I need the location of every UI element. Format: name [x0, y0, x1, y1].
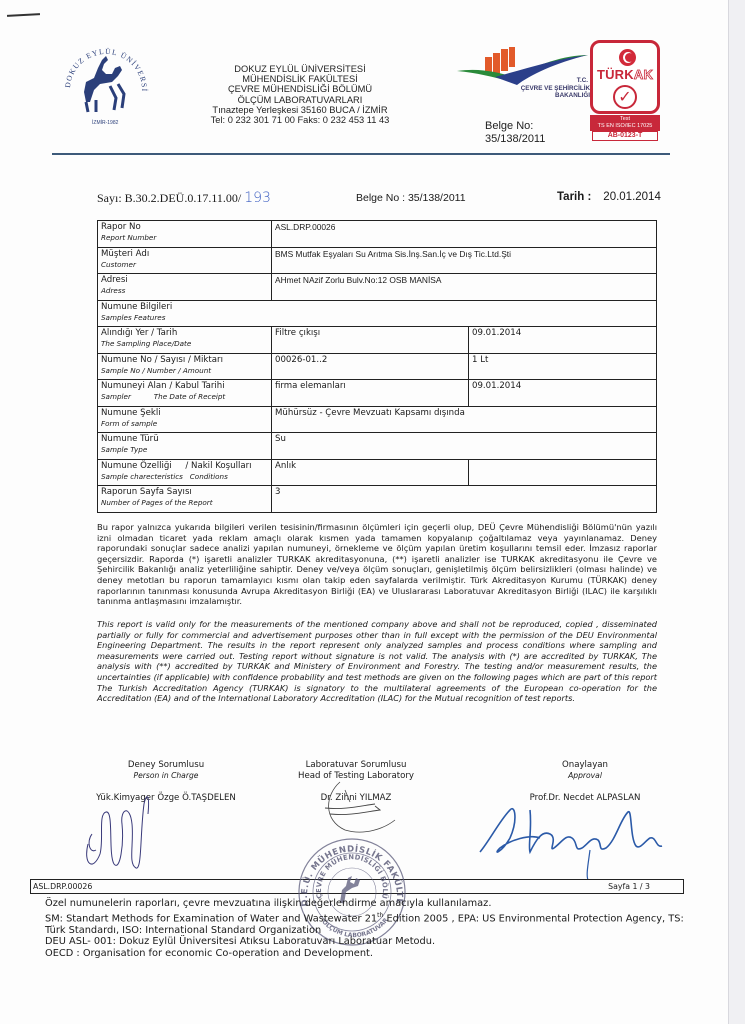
certificate-number: Belge No : 35/138/2011 [356, 192, 466, 204]
university-name: DOKUZ EYLÜL ÜNİVERSİTESİ [200, 64, 400, 74]
document-page: DOKUZ EYLÜL ÜNİVERSİTESİ İZMİR-1982 DOKU… [0, 0, 728, 1024]
deu-horseman-logo-icon: DOKUZ EYLÜL ÜNİVERSİTESİ İZMİR-1982 [56, 40, 156, 130]
header-certificate-number: Belge No: 35/138/2011 [485, 120, 545, 145]
table-row-sample-characteristics: Numune Özelliği / Nakil KoşullarıSample … [98, 459, 657, 486]
note-oecd: OECD : Organisation for economic Co-oper… [45, 948, 715, 960]
document-reference-number: Sayı: B.30.2.DEÜ.0.17.11.00/193 [97, 190, 271, 206]
abbreviations-notes: Özel numunelerin raporları, çevre mevzua… [45, 898, 715, 960]
table-row-sample-features: Numune BilgileriSamples Features [98, 300, 657, 327]
sampling-place-value: Filtre çıkışı [272, 327, 469, 354]
table-row-address: AdresiAdress AHmet NAzif Zorlu Bulv.No:1… [98, 274, 657, 301]
turkak-accreditation-code: AB-0123-T [592, 131, 658, 141]
table-row-sampler: Numuneyi Alan / Kabul TarihiSampler The … [98, 380, 657, 407]
note-deu-asl: DEU ASL- 001: Dokuz Eylül Üniversitesi A… [45, 936, 715, 948]
turkak-accreditation-logo: TÜRKAK ✓ Test TS EN ISO/IEC 17025 AB-012… [590, 40, 660, 141]
ministry-name: T.C. ÇEVRE VE ŞEHİRCİLİK BAKANLIĞI [462, 77, 590, 100]
table-row-sampling-place-date: Alındığı Yer / TarihThe Sampling Place/D… [98, 327, 657, 354]
checkmark-icon: ✓ [613, 85, 637, 109]
table-row-page-count: Raporun Sayfa SayısıNumber of Pages of t… [98, 486, 657, 513]
scan-mark [7, 13, 40, 17]
note-sm-epa: SM: Standart Methods for Examination of … [45, 910, 715, 925]
table-row-report-number: Rapor NoReport Number ASL.DRP.00026 [98, 221, 657, 248]
sampling-date-value: 09.01.2014 [469, 327, 657, 354]
table-row-sample-number: Numune No / Sayısı / MiktarıSample No / … [98, 353, 657, 380]
sampler-value: firma elemanları [272, 380, 469, 407]
legal-notice-turkish: Bu rapor yalnızca yukarıda bilgileri ver… [97, 522, 657, 607]
scan-edge [728, 0, 745, 1024]
legal-notice-english: This report is valid only for the measur… [97, 619, 657, 704]
page-indicator: Sayfa 1 / 3 [608, 880, 650, 893]
turkak-frame: TÜRKAK ✓ [590, 40, 660, 114]
note-ts-iso: Türk Standardı, ISO: International Stand… [45, 925, 715, 937]
handwritten-signature-icon [470, 790, 670, 880]
svg-text:İZMİR-1982: İZMİR-1982 [92, 119, 119, 126]
table-row-sample-type: Numune TürüSample Type Su [98, 433, 657, 460]
address-value: AHmet NAzif Zorlu Bulv.No:12 OSB MANİSA [272, 274, 657, 301]
handwritten-signature-icon [78, 784, 158, 874]
crescent-flag-icon [619, 49, 636, 66]
report-number-value: ASL.DRP.00026 [272, 221, 657, 248]
address-line: Tınaztepe Yerleşkesi 35160 BUCA / İZMİR [200, 105, 400, 115]
sample-form-value: Mühürsüz - Çevre Mevzuatı Kapsamı dışınd… [272, 406, 657, 433]
page-count-value: 3 [272, 486, 657, 513]
footer-report-id: ASL.DRP.00026 [33, 882, 92, 891]
turkak-wordmark: TÜRKAK [593, 67, 657, 82]
turkak-standard-band: Test TS EN ISO/IEC 17025 [590, 115, 660, 131]
sample-amount-value: 1 Lt [469, 353, 657, 380]
laboratory-name: ÖLÇÜM LABORATUVARLARI [200, 95, 400, 105]
customer-value: BMS Mutfak Eşyaları Su Arıtma Sis.İnş.Sa… [272, 247, 657, 274]
receipt-date-value: 09.01.2014 [469, 380, 657, 407]
sample-number-value: 00026-01..2 [272, 353, 469, 380]
sample-type-value: Su [272, 433, 657, 460]
handwritten-signature-icon [305, 780, 400, 835]
faculty-name: MÜHENDİSLİK FAKÜLTESİ [200, 74, 400, 84]
table-row-sample-form: Numune ŞekliForm of sample Mühürsüz - Çe… [98, 406, 657, 433]
department-name: ÇEVRE MÜHENDİSLİĞİ BÖLÜMÜ [200, 84, 400, 94]
document-date: Tarih :20.01.2014 [557, 191, 661, 203]
note-private-samples: Özel numunelerin raporları, çevre mevzua… [45, 898, 715, 910]
phone-fax-line: Tel: 0 232 301 71 00 Faks: 0 232 453 11 … [200, 115, 400, 125]
table-row-customer: Müşteri AdıCustomer BMS Mutfak Eşyaları … [98, 247, 657, 274]
handwritten-number: 193 [244, 190, 271, 206]
sample-characteristics-value: Anlık [272, 459, 469, 486]
header-divider [52, 153, 670, 155]
university-address-block: DOKUZ EYLÜL ÜNİVERSİTESİ MÜHENDİSLİK FAK… [200, 64, 400, 125]
report-info-table: Rapor NoReport Number ASL.DRP.00026 Müşt… [97, 220, 657, 513]
transport-conditions-value [469, 459, 657, 486]
